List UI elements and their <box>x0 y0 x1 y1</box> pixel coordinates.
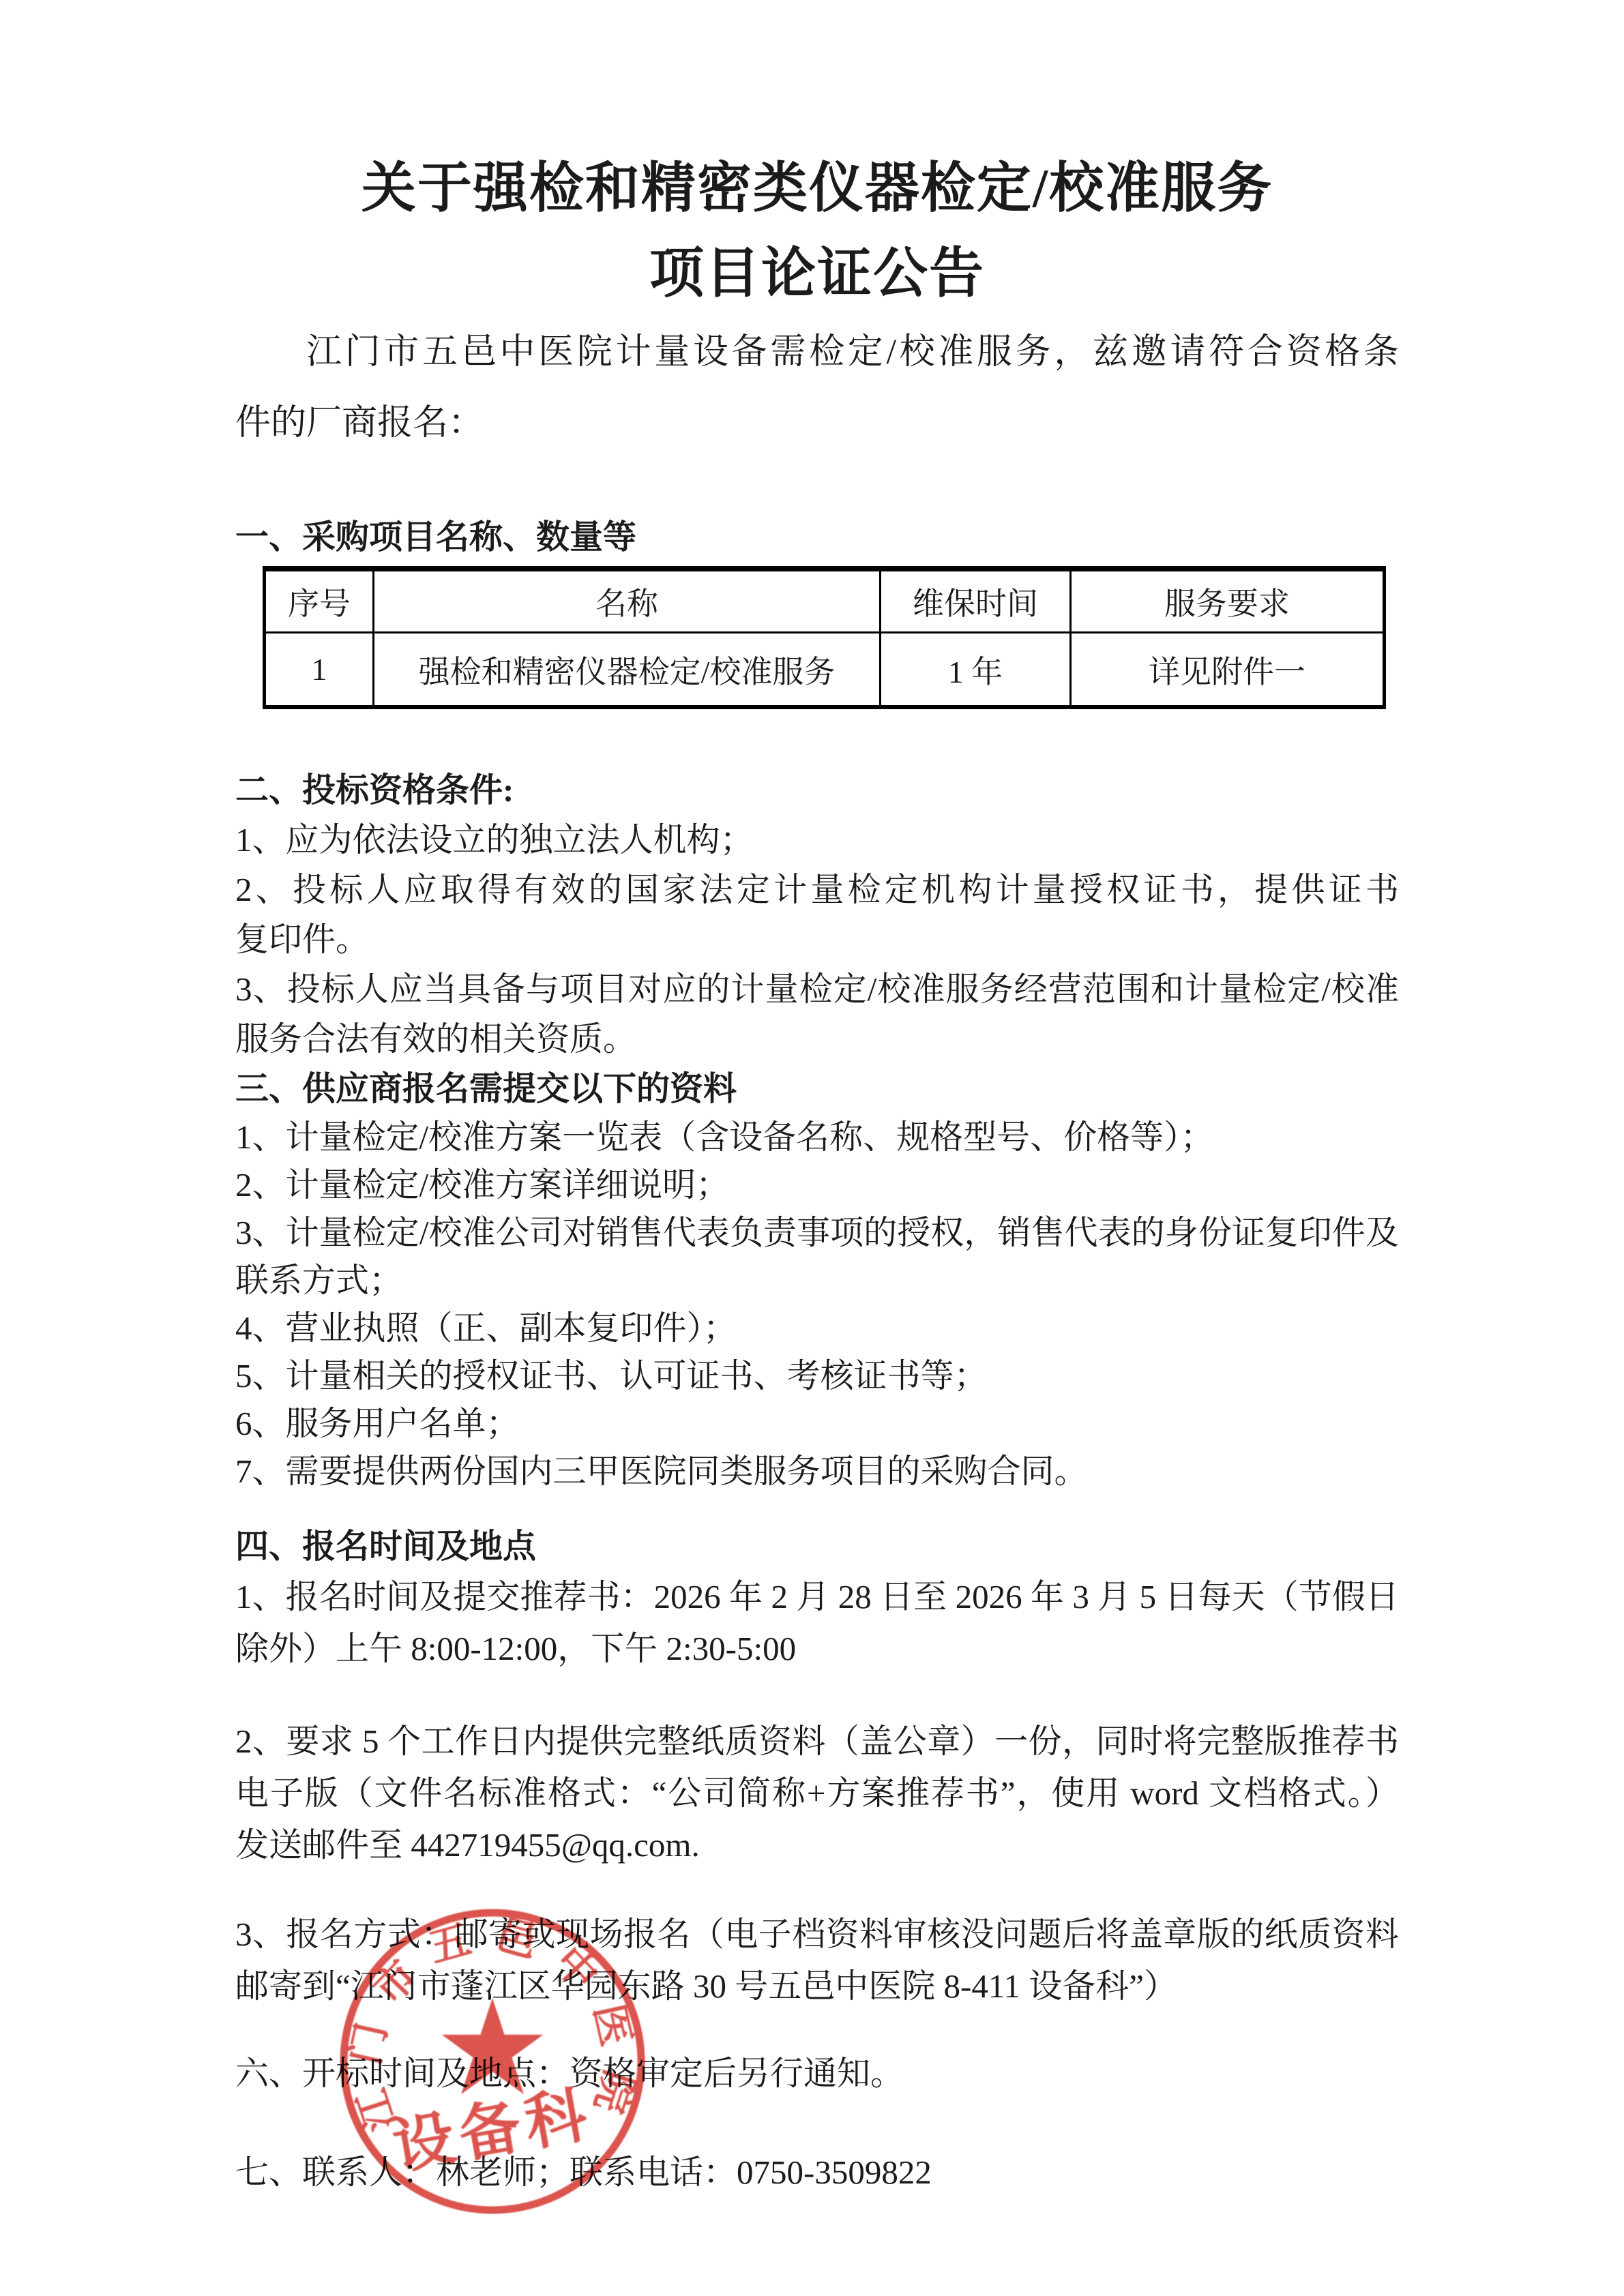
list-line: 2、投标人应取得有效的国家法定计量检定机构计量授权证书，提供证书 <box>235 865 1399 914</box>
paragraph-line: 2、要求 5 个工作日内提供完整纸质资料（盖公章）一份，同时将完整版推荐书 <box>235 1716 1399 1768</box>
table-cell-service-requirement: 详见附件一 <box>1071 633 1385 708</box>
list-line: 服务合法有效的相关资质。 <box>235 1014 1399 1064</box>
stamp-star-icon <box>442 1998 543 2094</box>
table-header-service-requirement: 服务要求 <box>1071 569 1385 633</box>
table-row: 1 强检和精密仪器检定/校准服务 1 年 详见附件一 <box>265 633 1385 708</box>
intro-paragraph: 江门市五邑中医院计量设备需检定/校准服务，兹邀请符合资格条 件的厂商报名： <box>235 317 1399 459</box>
list-line: 联系方式； <box>235 1257 1399 1304</box>
list-line: 5、计量相关的授权证书、认可证书、考核证书等； <box>235 1352 1399 1400</box>
table-header-row: 序号 名称 维保时间 服务要求 <box>265 569 1385 633</box>
intro-line: 江门市五邑中医院计量设备需检定/校准服务，兹邀请符合资格条 <box>235 317 1399 388</box>
document-page: 关于强检和精密类仪器检定/校准服务 项目论证公告 江门市五邑中医院计量设备需检定… <box>0 0 1624 2296</box>
procurement-items-table: 序号 名称 维保时间 服务要求 1 强检和精密仪器检定/校准服务 1 年 详见附… <box>263 566 1386 709</box>
table-header-index: 序号 <box>265 569 374 633</box>
table-cell-index: 1 <box>265 633 374 708</box>
section-bidder-qualifications: 二、投标资格条件: 1、应为依法设立的独立法人机构； 2、投标人应取得有效的国家… <box>235 765 1399 1064</box>
list-line: 1、计量检定/校准方案一览表（含设备名称、规格型号、价格等）； <box>235 1114 1399 1161</box>
list-line: 1、应为依法设立的独立法人机构； <box>235 815 1399 865</box>
section-required-documents: 三、供应商报名需提交以下的资料 1、计量检定/校准方案一览表（含设备名称、规格型… <box>235 1064 1399 1495</box>
table-cell-maintenance-period: 1 年 <box>881 633 1071 708</box>
list-line: 6、服务用户名单； <box>235 1400 1399 1448</box>
document-title: 关于强检和精密类仪器检定/校准服务 项目论证公告 <box>235 147 1399 317</box>
list-line: 7、需要提供两份国内三甲医院同类服务项目的采购合同。 <box>235 1448 1399 1495</box>
list-line: 复印件。 <box>235 914 1399 964</box>
materials-submission-paragraph: 2、要求 5 个工作日内提供完整纸质资料（盖公章）一份，同时将完整版推荐书 电子… <box>235 1716 1399 1871</box>
registration-time-paragraph: 1、报名时间及提交推荐书：2026 年 2 月 28 日至 2026 年 3 月… <box>235 1571 1399 1675</box>
stamp-department-text: 设备科 <box>388 2081 597 2182</box>
list-line: 4、营业执照（正、副本复印件）； <box>235 1304 1399 1352</box>
paragraph-line: 电子版（文件名标准格式：“公司简称+方案推荐书”，使用 word 文档格式。） <box>235 1768 1399 1819</box>
section-heading-registration-time-place: 四、报名时间及地点 <box>235 1521 1399 1571</box>
official-seal-stamp: 江门市五邑中医院 设备科 <box>315 1884 670 2239</box>
document-title-line-1: 关于强检和精密类仪器检定/校准服务 <box>235 147 1399 232</box>
section-heading-required-documents: 三、供应商报名需提交以下的资料 <box>235 1064 1399 1114</box>
list-line: 3、投标人应当具备与项目对应的计量检定/校准服务经营范围和计量检定/校准 <box>235 964 1399 1014</box>
list-line: 3、计量检定/校准公司对销售代表负责事项的授权，销售代表的身份证复印件及 <box>235 1209 1399 1257</box>
paragraph-line: 1、报名时间及提交推荐书：2026 年 2 月 28 日至 2026 年 3 月… <box>235 1571 1399 1623</box>
table-cell-name: 强检和精密仪器检定/校准服务 <box>374 633 881 708</box>
paragraph-line: 发送邮件至 442719455@qq.com. <box>235 1819 1399 1871</box>
section-heading-procurement-items: 一、采购项目名称、数量等 <box>235 512 1399 562</box>
paragraph-line: 除外）上午 8:00-12:00，下午 2:30-5:00 <box>235 1623 1399 1675</box>
table-header-maintenance-period: 维保时间 <box>881 569 1071 633</box>
table-header-name: 名称 <box>374 569 881 633</box>
list-line: 2、计量检定/校准方案详细说明； <box>235 1161 1399 1209</box>
document-title-line-2: 项目论证公告 <box>235 232 1399 317</box>
section-heading-bidder-qualifications: 二、投标资格条件: <box>235 765 1399 815</box>
intro-line: 件的厂商报名： <box>235 388 1399 459</box>
